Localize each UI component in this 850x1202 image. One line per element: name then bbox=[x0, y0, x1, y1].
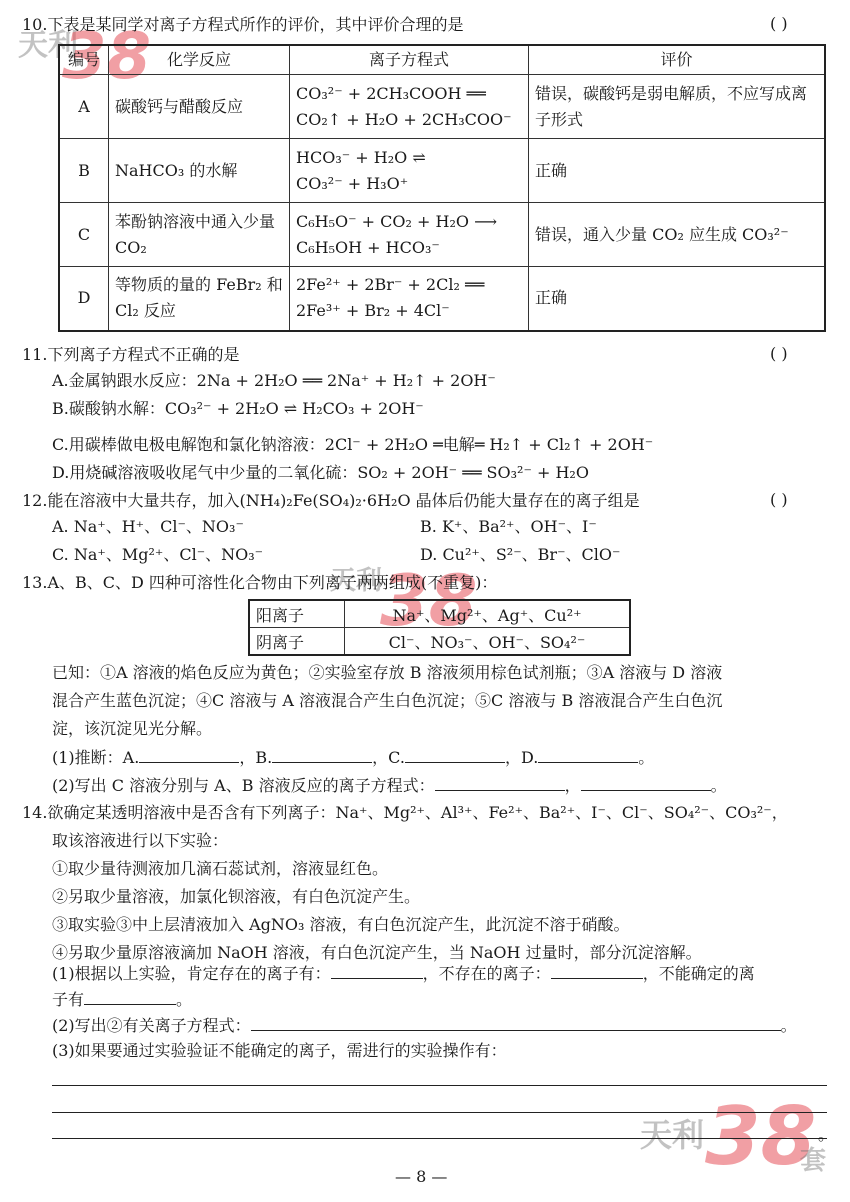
answer-blank-c[interactable] bbox=[405, 746, 505, 763]
q13-ion-table: 阳离子 Na⁺、Mg²⁺、Ag⁺、Cu²⁺ 阴离子 Cl⁻、NO₃⁻、OH⁻、S… bbox=[248, 599, 631, 656]
q14-sub2: (2)写出②有关离子方程式：。 bbox=[52, 1014, 797, 1037]
table-row: D 等物质的量的 FeBr₂ 和 Cl₂ 反应 2Fe²⁺ + 2Br⁻ + 2… bbox=[59, 267, 825, 331]
answer-blank-b[interactable] bbox=[272, 746, 372, 763]
q14-stem-line-2: 取该溶液进行以下实验： bbox=[52, 830, 228, 852]
q14-sub1: (1)根据以上实验，肯定存在的离子有：，不存在的离子：，不能确定的离 bbox=[52, 962, 755, 985]
q12-option-d: D. Cu²⁺、S²⁻、Br⁻、ClO⁻ bbox=[420, 544, 620, 566]
q12-stem: 12.能在溶液中大量共存，加入(NH₄)₂Fe(SO₄)₂·6H₂O 晶体后仍能… bbox=[22, 490, 640, 512]
q12-option-b: B. K⁺、Ba²⁺、OH⁻、I⁻ bbox=[420, 516, 597, 538]
q13-number: 13. bbox=[22, 573, 47, 592]
q13-known-line-1: 已知：①A 溶液的焰色反应为黄色；②实验室存放 B 溶液须用棕色试剂瓶；③A 溶… bbox=[52, 662, 722, 684]
row-equation: 2Fe²⁺ + 2Br⁻ + 2Cl₂ ══2Fe³⁺ + Br₂ + 4Cl⁻ bbox=[290, 267, 529, 331]
answer-blank-present[interactable] bbox=[331, 962, 423, 979]
table-row: C 苯酚钠溶液中通入少量 CO₂ C₆H₅O⁻ + CO₂ + H₂O ⟶C₆H… bbox=[59, 203, 825, 267]
q14-number: 14. bbox=[22, 803, 47, 822]
row-id: D bbox=[59, 267, 109, 331]
q14-stem: 14.欲确定某透明溶液中是否含有下列离子：Na⁺、Mg²⁺、Al³⁺、Fe²⁺、… bbox=[22, 802, 788, 824]
q13-known-line-2: 混合产生蓝色沉淀；④C 溶液与 A 溶液混合产生白色沉淀；⑤C 溶液与 B 溶液… bbox=[52, 690, 722, 712]
table-row: B NaHCO₃ 的水解 HCO₃⁻ + H₂O ⇌CO₃²⁻ + H₃O⁺ 正… bbox=[59, 139, 825, 203]
ion-list: Cl⁻、NO₃⁻、OH⁻、SO₄²⁻ bbox=[345, 628, 631, 656]
q11-option-a: A.金属钠跟水反应：2Na + 2H₂O ══ 2Na⁺ + H₂↑ + 2OH… bbox=[52, 370, 496, 392]
watermark-brand-bottom: 天利 bbox=[640, 1110, 704, 1156]
ion-label: 阳离子 bbox=[249, 600, 345, 628]
header-id: 编号 bbox=[59, 45, 109, 75]
row-evaluation: 正确 bbox=[529, 139, 826, 203]
header-reaction: 化学反应 bbox=[109, 45, 290, 75]
q10-stem-text: 下表是某同学对离子方程式所作的评价，其中评价合理的是 bbox=[47, 15, 463, 34]
table-row: 阳离子 Na⁺、Mg²⁺、Ag⁺、Cu²⁺ bbox=[249, 600, 630, 628]
answer-line-3[interactable] bbox=[52, 1138, 827, 1139]
answer-blank-d[interactable] bbox=[538, 746, 638, 763]
q10-stem: 10.下表是某同学对离子方程式所作的评价，其中评价合理的是 bbox=[22, 14, 463, 36]
answer-line-1[interactable] bbox=[52, 1085, 827, 1086]
row-equation: C₆H₅O⁻ + CO₂ + H₂O ⟶C₆H₅OH + HCO₃⁻ bbox=[290, 203, 529, 267]
header-evaluation: 评价 bbox=[529, 45, 826, 75]
answer-line-2[interactable] bbox=[52, 1112, 827, 1113]
row-evaluation: 错误，通入少量 CO₂ 应生成 CO₃²⁻ bbox=[529, 203, 826, 267]
q14-step-4: ④另取少量原溶液滴加 NaOH 溶液，有白色沉淀产生，当 NaOH 过量时，部分… bbox=[52, 942, 702, 964]
q14-step-2: ②另取少量溶液，加氯化钡溶液，有白色沉淀产生。 bbox=[52, 886, 420, 908]
answer-blank-uncertain[interactable] bbox=[84, 988, 176, 1005]
table-row: A 碳酸钙与醋酸反应 CO₃²⁻ + 2CH₃COOH ══CO₂↑ + H₂O… bbox=[59, 75, 825, 139]
ion-label: 阴离子 bbox=[249, 628, 345, 656]
q14-step-1: ①取少量待测液加几滴石蕊试剂，溶液显红色。 bbox=[52, 858, 388, 880]
q14-sub1-line-2: 子有。 bbox=[52, 988, 192, 1011]
row-id: C bbox=[59, 203, 109, 267]
q14-sub3: (3)如果要通过实验验证不能确定的离子，需进行的实验操作有： bbox=[52, 1040, 507, 1062]
page-number: — 8 — bbox=[395, 1166, 447, 1188]
q11-answer-paren[interactable]: ( ) bbox=[770, 344, 788, 363]
answer-blank-absent[interactable] bbox=[551, 962, 643, 979]
q11-number: 11. bbox=[22, 345, 47, 364]
answer-blank-cb[interactable] bbox=[581, 774, 711, 791]
row-reaction: NaHCO₃ 的水解 bbox=[109, 139, 290, 203]
row-equation: CO₃²⁻ + 2CH₃COOH ══CO₂↑ + H₂O + 2CH₃COO⁻ bbox=[290, 75, 529, 139]
q11-option-d: D.用烧碱溶液吸收尾气中少量的二氧化硫：SO₂ + 2OH⁻ ══ SO₃²⁻ … bbox=[52, 462, 589, 484]
row-evaluation: 正确 bbox=[529, 267, 826, 331]
q13-sub2: (2)写出 C 溶液分别与 A、B 溶液反应的离子方程式：，。 bbox=[52, 774, 727, 797]
q14-stem-text: 欲确定某透明溶液中是否含有下列离子：Na⁺、Mg²⁺、Al³⁺、Fe²⁺、Ba²… bbox=[47, 803, 787, 822]
q10-evaluation-table: 编号 化学反应 离子方程式 评价 A 碳酸钙与醋酸反应 CO₃²⁻ + 2CH₃… bbox=[58, 44, 826, 332]
row-id: A bbox=[59, 75, 109, 139]
q13-stem: 13.A、B、C、D 四种可溶性化合物由下列离子两两组成(不重复)： bbox=[22, 572, 497, 594]
q12-answer-paren[interactable]: ( ) bbox=[770, 490, 788, 509]
row-equation: HCO₃⁻ + H₂O ⇌CO₃²⁻ + H₃O⁺ bbox=[290, 139, 529, 203]
row-reaction: 苯酚钠溶液中通入少量 CO₂ bbox=[109, 203, 290, 267]
answer-blank-equation[interactable] bbox=[251, 1014, 781, 1031]
row-reaction: 碳酸钙与醋酸反应 bbox=[109, 75, 290, 139]
row-id: B bbox=[59, 139, 109, 203]
header-equation: 离子方程式 bbox=[290, 45, 529, 75]
q10-answer-paren[interactable]: ( ) bbox=[770, 14, 788, 33]
q12-option-a: A. Na⁺、H⁺、Cl⁻、NO₃⁻ bbox=[52, 516, 244, 538]
q10-number: 10. bbox=[22, 15, 47, 34]
q14-step-3: ③取实验③中上层清液加入 AgNO₃ 溶液，有白色沉淀产生，此沉淀不溶于硝酸。 bbox=[52, 914, 630, 936]
answer-blank-ca[interactable] bbox=[435, 774, 565, 791]
ion-list: Na⁺、Mg²⁺、Ag⁺、Cu²⁺ bbox=[345, 600, 631, 628]
q12-number: 12. bbox=[22, 491, 47, 510]
table-header-row: 编号 化学反应 离子方程式 评价 bbox=[59, 45, 825, 75]
row-evaluation: 错误，碳酸钙是弱电解质，不应写成离子形式 bbox=[529, 75, 826, 139]
q13-stem-text: A、B、C、D 四种可溶性化合物由下列离子两两组成(不重复)： bbox=[47, 573, 497, 592]
answer-blank-a[interactable] bbox=[139, 746, 239, 763]
q11-stem: 11.下列离子方程式不正确的是 bbox=[22, 344, 239, 366]
q12-stem-text: 能在溶液中大量共存，加入(NH₄)₂Fe(SO₄)₂·6H₂O 晶体后仍能大量存… bbox=[47, 491, 639, 510]
q14-sub3-end: 。 bbox=[818, 1124, 834, 1146]
table-row: 阴离子 Cl⁻、NO₃⁻、OH⁻、SO₄²⁻ bbox=[249, 628, 630, 656]
q13-sub1: (1)推断：A.，B.，C.，D.。 bbox=[52, 746, 654, 769]
q12-option-c: C. Na⁺、Mg²⁺、Cl⁻、NO₃⁻ bbox=[52, 544, 263, 566]
q11-option-b: B.碳酸钠水解：CO₃²⁻ + 2H₂O ⇌ H₂CO₃ + 2OH⁻ bbox=[52, 398, 424, 420]
q13-known-line-3: 淀，该沉淀见光分解。 bbox=[52, 718, 212, 740]
row-reaction: 等物质的量的 FeBr₂ 和 Cl₂ 反应 bbox=[109, 267, 290, 331]
q11-stem-text: 下列离子方程式不正确的是 bbox=[47, 345, 239, 364]
q11-option-c: C.用碳棒做电极电解饱和氯化钠溶液：2Cl⁻ + 2H₂O ═电解═ H₂↑ +… bbox=[52, 434, 653, 456]
